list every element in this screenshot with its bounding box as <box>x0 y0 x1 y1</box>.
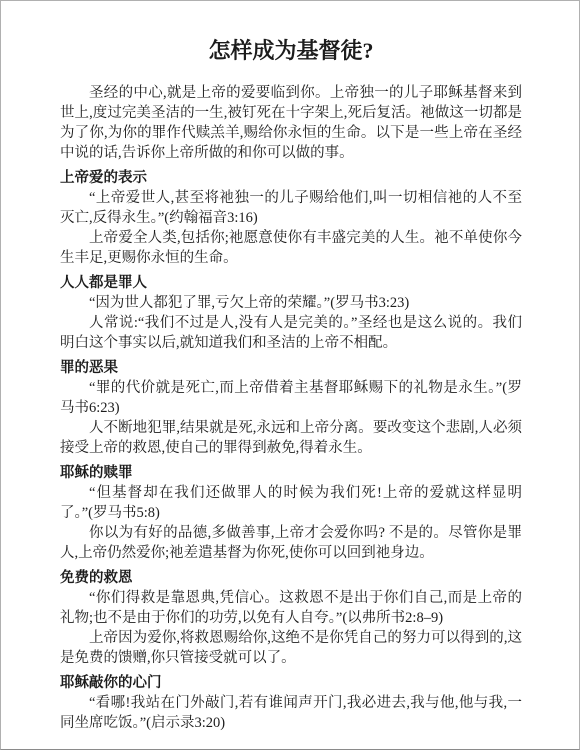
section-heading: 人人都是罪人 <box>60 273 522 293</box>
section-paragraph: “因为世人都犯了罪,亏欠上帝的荣耀。”(罗马书3:23) <box>60 293 522 313</box>
section-paragraph: 人不断地犯罪,结果就是死,永远和上帝分离。要改变这个悲剧,人必须接受上帝的救恩,… <box>60 418 522 458</box>
document-page: 怎样成为基督徒? 圣经的中心,就是上帝的爱要临到你。上帝独一的儿子耶稣基督来到世… <box>0 0 580 750</box>
document-section: 上帝爱的表示“上帝爱世人,甚至将祂独一的儿子赐给他们,叫一切相信祂的人不至灭亡,… <box>60 168 522 268</box>
intro-paragraph: 圣经的中心,就是上帝的爱要临到你。上帝独一的儿子耶稣基督来到世上,度过完美圣洁的… <box>60 83 522 163</box>
section-paragraph: “看哪!我站在门外敲门,若有谁闻声开门,我必进去,我与他,他与我,一同坐席吃饭。… <box>60 693 522 733</box>
section-paragraph: 人常说:“我们不过是人,没有人是完美的。”圣经也是这么说的。我们明白这个事实以后… <box>60 313 522 353</box>
document-section: 免费的救恩“你们得救是靠恩典,凭信心。这救恩不是出于你们自己,而是上帝的礼物;也… <box>60 568 522 668</box>
section-paragraph: “但基督却在我们还做罪人的时候为我们死!上帝的爱就这样显明了。”(罗马书5:8) <box>60 483 522 523</box>
section-paragraph: “罪的代价就是死亡,而上帝借着主基督耶稣赐下的礼物是永生。”(罗马书6:23) <box>60 378 522 418</box>
section-heading: 罪的恶果 <box>60 358 522 378</box>
section-paragraph: “你们得救是靠恩典,凭信心。这救恩不是出于你们自己,而是上帝的礼物;也不是由于你… <box>60 588 522 628</box>
section-paragraph: 上帝因为爱你,将救恩赐给你,这绝不是你凭自己的努力可以得到的,这是免费的馈赠,你… <box>60 628 522 668</box>
page-title: 怎样成为基督徒? <box>60 37 522 65</box>
document-section: 人人都是罪人“因为世人都犯了罪,亏欠上帝的荣耀。”(罗马书3:23)人常说:“我… <box>60 273 522 353</box>
section-heading: 耶稣的赎罪 <box>60 463 522 483</box>
document-section: 耶稣的赎罪“但基督却在我们还做罪人的时候为我们死!上帝的爱就这样显明了。”(罗马… <box>60 463 522 563</box>
section-paragraph: 上帝爱全人类,包括你;祂愿意使你有丰盛完美的人生。祂不单使你今生丰足,更赐你永恒… <box>60 228 522 268</box>
section-heading: 上帝爱的表示 <box>60 168 522 188</box>
section-paragraph: “上帝爱世人,甚至将祂独一的儿子赐给他们,叫一切相信祂的人不至灭亡,反得永生。”… <box>60 188 522 228</box>
document-section: 罪的恶果“罪的代价就是死亡,而上帝借着主基督耶稣赐下的礼物是永生。”(罗马书6:… <box>60 358 522 458</box>
section-heading: 耶稣敲你的心门 <box>60 673 522 693</box>
sections-container: 上帝爱的表示“上帝爱世人,甚至将祂独一的儿子赐给他们,叫一切相信祂的人不至灭亡,… <box>60 168 522 733</box>
section-heading: 免费的救恩 <box>60 568 522 588</box>
section-paragraph: 你以为有好的品德,多做善事,上帝才会爱你吗? 不是的。尽管你是罪人,上帝仍然爱你… <box>60 523 522 563</box>
document-section: 耶稣敲你的心门“看哪!我站在门外敲门,若有谁闻声开门,我必进去,我与他,他与我,… <box>60 673 522 733</box>
document-content: 怎样成为基督徒? 圣经的中心,就是上帝的爱要临到你。上帝独一的儿子耶稣基督来到世… <box>1 1 579 733</box>
